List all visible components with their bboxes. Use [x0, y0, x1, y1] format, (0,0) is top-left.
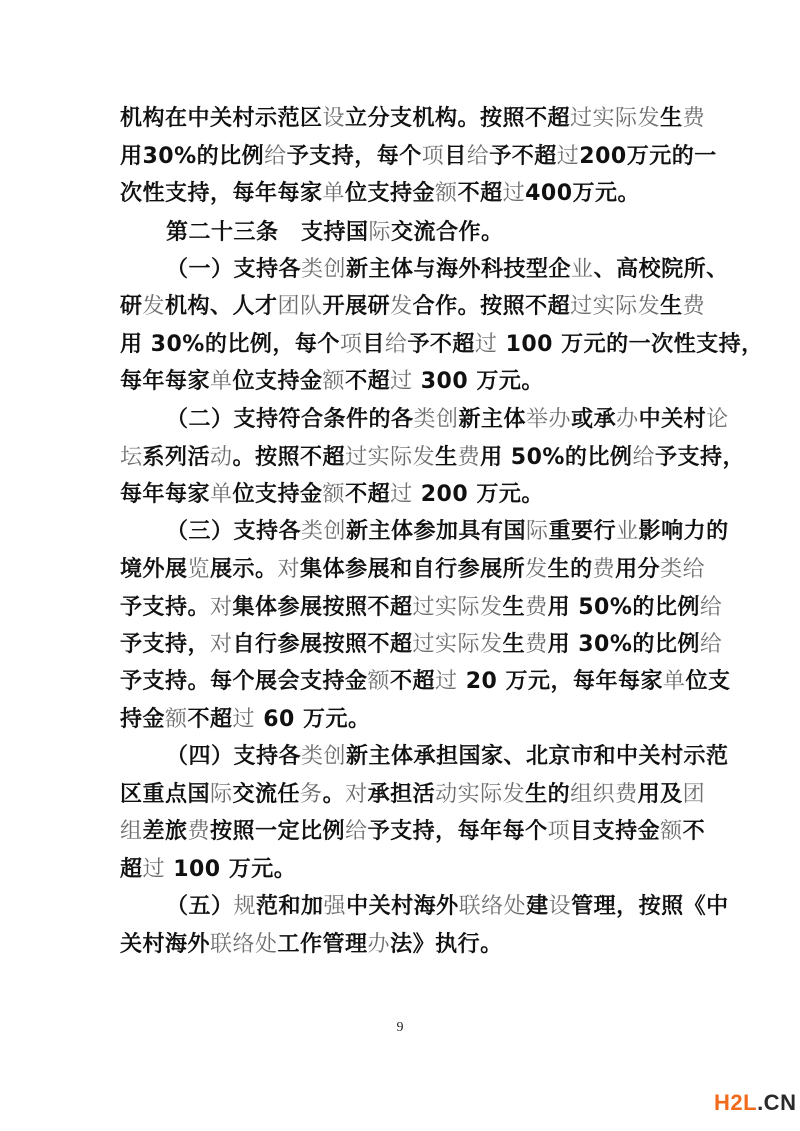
text-line: （四）支持各类创新主体承担国家、北京市和中关村示范	[166, 742, 726, 772]
text-segment: 生	[435, 445, 458, 470]
text-segment: 关村海外	[120, 932, 210, 957]
text-segment: 生	[660, 106, 683, 131]
document-page: 机构在中关村示范区设立分支机构。按照不超过实际发生费用30%的比例给予支持，每个…	[0, 0, 800, 1131]
text-segment: 团队	[278, 294, 323, 319]
text-segment: 生	[503, 595, 526, 620]
site-watermark-logo: H2L.CN	[714, 1090, 796, 1116]
text-segment: 过实际发	[413, 632, 503, 657]
text-segment: 超	[120, 857, 143, 882]
text-segment: 给	[700, 595, 723, 620]
text-segment: 管理，按照《中	[571, 894, 729, 919]
text-segment: 业	[571, 257, 594, 282]
text-segment: 差旅	[143, 819, 188, 844]
text-segment: （三）支持各	[166, 519, 301, 544]
text-line: 超过 100 万元。	[120, 855, 680, 885]
text-segment: 费	[525, 595, 548, 620]
text-segment: 予支持，每年每个	[368, 819, 548, 844]
text-segment: 额	[435, 181, 458, 206]
text-segment: 20 万元，每年每家	[458, 669, 663, 694]
text-segment: 不超	[345, 369, 390, 394]
text-segment: 对	[345, 782, 368, 807]
text-segment: 费	[525, 632, 548, 657]
text-segment: 400万元。	[525, 181, 640, 206]
text-segment: 重要行	[549, 519, 617, 544]
text-segment: 系列活	[143, 445, 211, 470]
text-segment: 际	[526, 519, 549, 544]
text-segment: 用分	[615, 557, 660, 582]
text-segment: 给	[467, 144, 490, 169]
text-segment: 中关村	[639, 407, 707, 432]
text-segment: 不超	[188, 707, 233, 732]
text-segment: 过实际发	[570, 106, 660, 131]
text-segment: 集体参展按照不超	[233, 595, 413, 620]
text-segment: 给	[345, 819, 368, 844]
text-segment: 设	[323, 106, 346, 131]
text-segment: 坛	[120, 445, 143, 470]
text-segment: 际	[210, 782, 233, 807]
text-segment: 类给	[660, 557, 705, 582]
text-segment: 持金	[120, 707, 165, 732]
text-segment: 生	[660, 294, 683, 319]
text-segment: 费	[188, 819, 211, 844]
text-segment: 新主体与海外科技型企	[346, 257, 571, 282]
text-segment: 过实际发	[413, 595, 503, 620]
text-segment: 生	[503, 632, 526, 657]
text-segment: 予支持。每个展会支持金	[120, 669, 368, 694]
text-segment: 目	[444, 144, 467, 169]
text-segment: 次性支持，每年每家	[120, 181, 323, 206]
text-line: （二）支持符合条件的各类创新主体举办或承办中关村论	[166, 405, 726, 435]
text-segment: 目支持金	[570, 819, 660, 844]
text-segment: 论	[706, 407, 729, 432]
text-line: 持金额不超过 60 万元。	[120, 705, 680, 735]
text-segment: 新主体承担国家、北京市和中关村示范	[346, 744, 729, 769]
text-segment: 300 万元。	[413, 369, 544, 394]
text-segment: 过实际发	[345, 445, 435, 470]
text-line: 予支持。对集体参展按照不超过实际发生费用 50%的比例给	[120, 593, 680, 623]
text-segment: 对	[210, 595, 233, 620]
text-segment: 用30%的比例	[120, 144, 264, 169]
text-segment: 过	[390, 482, 413, 507]
text-line: 坛系列活动。按照不超过实际发生费用 50%的比例给予支持，	[120, 443, 680, 473]
text-segment: 动	[210, 445, 233, 470]
text-segment: 对	[210, 632, 233, 657]
text-segment: 机构、人才	[165, 294, 278, 319]
text-segment: 组	[120, 819, 143, 844]
text-segment: 对	[278, 557, 301, 582]
text-segment: 给	[385, 332, 408, 357]
text-segment: 予不超	[407, 332, 475, 357]
text-line: （五）规范和加强中关村海外联络处建设管理，按照《中	[166, 892, 726, 922]
text-line: 机构在中关村示范区设立分支机构。按照不超过实际发生费	[120, 104, 680, 134]
text-segment: 境外展	[120, 557, 188, 582]
text-segment: 项	[548, 819, 571, 844]
text-segment: 予支持。	[120, 595, 210, 620]
text-segment: 团	[683, 782, 706, 807]
text-segment: 100 万元的一次性支持，	[497, 332, 763, 357]
text-segment: 项	[422, 144, 445, 169]
text-segment: 费	[683, 294, 706, 319]
text-segment: 强	[324, 894, 347, 919]
text-line: 关村海外联络处工作管理办法》执行。	[120, 930, 680, 960]
text-line: 次性支持，每年每家单位支持金额不超过400万元。	[120, 179, 680, 209]
text-line: 第二十三条 支持国际交流合作。	[166, 218, 726, 248]
text-segment: 按照一定比例	[210, 819, 345, 844]
text-segment: 规	[234, 894, 257, 919]
text-segment: 机构在中关村示范区	[120, 106, 323, 131]
text-segment: 过	[435, 669, 458, 694]
text-segment: 单	[663, 669, 686, 694]
text-segment: 予不超	[489, 144, 557, 169]
text-segment: 发	[143, 294, 166, 319]
text-segment: 200 万元。	[413, 482, 544, 507]
text-segment: 不超	[458, 181, 503, 206]
text-segment: 过实际发	[570, 294, 660, 319]
text-segment: 予支持，	[120, 632, 210, 657]
text-segment: 自行参展按照不超	[233, 632, 413, 657]
text-segment: 不超	[345, 482, 390, 507]
text-line: 区重点国际交流任务。对承担活动实际发生的组织费用及团	[120, 780, 680, 810]
text-segment: 业	[616, 519, 639, 544]
text-segment: （四）支持各	[166, 744, 301, 769]
text-segment: 单	[323, 181, 346, 206]
text-segment: 额	[165, 707, 188, 732]
text-segment: 位支持金	[233, 482, 323, 507]
text-segment: 目	[362, 332, 385, 357]
text-segment: 过	[390, 369, 413, 394]
text-segment: 过	[233, 707, 256, 732]
text-segment: 用 30%的比例，每个	[120, 332, 340, 357]
text-segment: 集体参展和自行参展所	[300, 557, 525, 582]
text-segment: 额	[660, 819, 683, 844]
text-segment: 开展研	[323, 294, 391, 319]
text-segment: 区重点国	[120, 782, 210, 807]
text-segment: 展示。	[210, 557, 278, 582]
text-segment: 过	[475, 332, 498, 357]
text-segment: 中关村海外	[346, 894, 459, 919]
text-line: 予支持。每个展会支持金额不超过 20 万元，每年每家单位支	[120, 667, 680, 697]
text-segment: 单	[210, 482, 233, 507]
text-segment: 或承	[571, 407, 616, 432]
text-segment: （五）	[166, 894, 234, 919]
text-segment: 不超	[390, 669, 435, 694]
text-segment: 第二十三条 支持国	[166, 220, 369, 245]
text-segment: 影响力的	[639, 519, 729, 544]
text-segment: （一）支持各	[166, 257, 301, 282]
text-line: 用 30%的比例，每个项目给予不超过 100 万元的一次性支持，	[120, 330, 680, 360]
text-segment: 动实际发	[435, 782, 525, 807]
text-segment: 项	[340, 332, 363, 357]
text-segment: 位支持金	[233, 369, 323, 394]
text-segment: 办	[368, 932, 391, 957]
text-line: （一）支持各类创新主体与海外科技型企业、高校院所、	[166, 255, 726, 285]
text-segment: 给	[700, 632, 723, 657]
text-segment: 组织费	[570, 782, 638, 807]
text-segment: 60 万元。	[255, 707, 370, 732]
text-segment: 类创	[301, 519, 346, 544]
text-line: 境外展览展示。对集体参展和自行参展所发生的费用分类给	[120, 555, 680, 585]
text-segment: 合作。按照不超	[413, 294, 571, 319]
text-segment: 200万元的一	[579, 144, 716, 169]
text-segment: 每年每家	[120, 369, 210, 394]
text-segment: 交流任	[233, 782, 301, 807]
text-segment: 用 30%的比例	[548, 632, 700, 657]
text-segment: 用及	[638, 782, 683, 807]
text-segment: 范和加	[256, 894, 324, 919]
text-segment: 办	[616, 407, 639, 432]
text-segment: 位支	[686, 669, 731, 694]
text-line: 每年每家单位支持金额不超过 200 万元。	[120, 480, 680, 510]
text-segment: 工作管理	[278, 932, 368, 957]
text-segment: 。	[323, 782, 346, 807]
text-segment: 类创	[301, 744, 346, 769]
text-segment: 览	[188, 557, 211, 582]
text-segment: 费	[593, 557, 616, 582]
text-segment: 位支持金	[345, 181, 435, 206]
text-segment: 类创	[301, 257, 346, 282]
text-segment: 生的	[525, 782, 570, 807]
text-segment: 务	[300, 782, 323, 807]
text-segment: 联络处	[459, 894, 527, 919]
text-segment: 100 万元。	[165, 857, 296, 882]
text-segment: 交流合作。	[391, 220, 504, 245]
watermark-part2: .CN	[757, 1090, 796, 1115]
text-segment: 用 50%的比例	[548, 595, 700, 620]
text-segment: 费	[683, 106, 706, 131]
text-line: 组差旅费按照一定比例给予支持，每年每个项目支持金额不	[120, 817, 680, 847]
text-segment: 际	[369, 220, 392, 245]
text-segment: 过	[557, 144, 580, 169]
page-number: 9	[0, 1020, 800, 1036]
text-segment: 承担活	[368, 782, 436, 807]
text-segment: 过	[503, 181, 526, 206]
text-segment: 举办	[526, 407, 571, 432]
text-segment: 、高校院所、	[594, 257, 729, 282]
text-segment: 建	[526, 894, 549, 919]
text-segment: 立分支机构。按照不超	[345, 106, 570, 131]
text-segment: 法》执行。	[390, 932, 503, 957]
text-line: 用30%的比例给予支持，每个项目给予不超过200万元的一	[120, 142, 680, 172]
text-segment: 单	[210, 369, 233, 394]
text-segment: 每年每家	[120, 482, 210, 507]
text-segment: 用 50%的比例	[480, 445, 632, 470]
text-segment: 发	[390, 294, 413, 319]
text-segment: 联络处	[210, 932, 278, 957]
text-segment: 新主体	[459, 407, 527, 432]
text-segment: 给	[264, 144, 287, 169]
text-segment: 新主体参加具有国	[346, 519, 526, 544]
text-segment: 额	[368, 669, 391, 694]
text-segment: 给	[632, 445, 655, 470]
text-line: 研发机构、人才团队开展研发合作。按照不超过实际发生费	[120, 292, 680, 322]
text-segment: 额	[323, 482, 346, 507]
text-segment: 予支持，每个	[287, 144, 422, 169]
text-segment: 费	[458, 445, 481, 470]
text-line: 予支持，对自行参展按照不超过实际发生费用 30%的比例给	[120, 630, 680, 660]
watermark-part1: H2L	[714, 1090, 757, 1115]
text-segment: 研	[120, 294, 143, 319]
text-segment: 不	[683, 819, 706, 844]
text-segment: 类创	[414, 407, 459, 432]
text-segment: 予支持，	[655, 445, 745, 470]
text-segment: 发	[525, 557, 548, 582]
text-line: （三）支持各类创新主体参加具有国际重要行业影响力的	[166, 517, 726, 547]
text-line: 每年每家单位支持金额不超过 300 万元。	[120, 367, 680, 397]
text-segment: 过	[143, 857, 166, 882]
text-segment: 额	[323, 369, 346, 394]
text-segment: 生的	[548, 557, 593, 582]
text-segment: 设	[549, 894, 572, 919]
text-segment: 。按照不超	[233, 445, 346, 470]
text-segment: （二）支持符合条件的各	[166, 407, 414, 432]
